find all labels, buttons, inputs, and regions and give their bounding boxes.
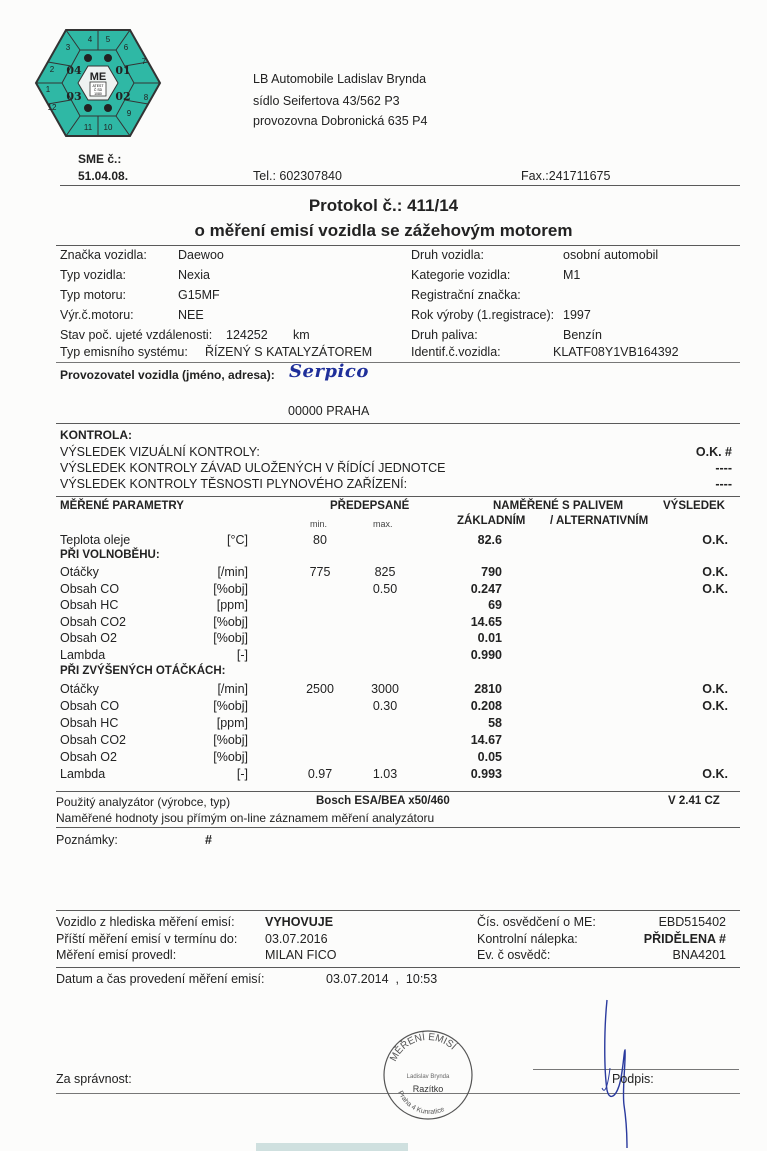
measurement-result: O.K. bbox=[660, 533, 728, 547]
tel: Tel.: 602307840 bbox=[253, 169, 342, 183]
svg-text:5: 5 bbox=[106, 35, 111, 44]
summary-label: Kontrolní nálepka: bbox=[477, 932, 578, 946]
header-params: MĚŘENÉ PARAMETRY bbox=[60, 500, 184, 512]
vin-value: KLATF08Y1VB164392 bbox=[553, 345, 679, 359]
measurement-unit: [-] bbox=[180, 767, 248, 781]
measurement-value: 0.05 bbox=[440, 750, 502, 764]
measurement-min: 2500 bbox=[290, 682, 350, 696]
section-idle-title: PŘI VOLNOBĚHU: bbox=[60, 549, 160, 561]
vehicle-field-label: Kategorie vozidla: bbox=[411, 268, 510, 282]
svg-text:ME: ME bbox=[90, 71, 107, 83]
analyzer-version: V 2.41 CZ bbox=[668, 795, 720, 807]
svg-text:9: 9 bbox=[127, 109, 132, 118]
vehicle-field-label: Rok výroby (1.registrace): bbox=[411, 308, 554, 322]
page-edge-decoration bbox=[256, 1143, 408, 1151]
measurement-value: 69 bbox=[440, 598, 502, 612]
measurement-result: O.K. bbox=[660, 682, 728, 696]
header-min: min. bbox=[310, 519, 327, 529]
kontrola-item-label: VÝSLEDEK KONTROLY ZÁVAD ULOŽENÝCH V ŘÍDÍ… bbox=[60, 461, 446, 475]
header-prescribed: PŘEDEPSANÉ bbox=[330, 500, 409, 512]
analyzer-note: Naměřené hodnoty jsou přímým on-line záz… bbox=[56, 811, 434, 825]
datetime-label: Datum a čas provedení měření emisí: bbox=[56, 972, 264, 986]
measurement-value: 0.208 bbox=[440, 699, 502, 713]
measurement-name: Obsah CO2 bbox=[60, 615, 126, 629]
svg-text:01: 01 bbox=[115, 64, 130, 77]
measurement-min: 775 bbox=[290, 565, 350, 579]
summary-label: Čís. osvědčení o ME: bbox=[477, 915, 596, 929]
kontrola-item-result: O.K. # bbox=[640, 445, 732, 459]
header-measured: NAMĚŘENÉ S PALIVEM bbox=[493, 500, 623, 512]
vehicle-field-value: Benzín bbox=[563, 328, 602, 342]
measurement-name: Obsah O2 bbox=[60, 750, 117, 764]
svg-text:4: 4 bbox=[88, 35, 93, 44]
emission-system-label: Typ emisního systému: bbox=[60, 345, 188, 359]
measurement-max: 0.50 bbox=[355, 582, 415, 596]
vehicle-field-value: Nexia bbox=[178, 268, 210, 282]
operator-city: 00000 PRAHA bbox=[288, 404, 369, 418]
vehicle-field-label: Typ vozidla: bbox=[60, 268, 126, 282]
operator-name: Serpico bbox=[289, 361, 369, 382]
vehicle-field-value: osobní automobil bbox=[563, 248, 658, 262]
summary-label: Ev. č osvědč: bbox=[477, 948, 550, 962]
summary-value: EBD515402 bbox=[600, 915, 726, 929]
measurement-name: Teplota oleje bbox=[60, 533, 130, 547]
svg-text:7: 7 bbox=[142, 57, 147, 66]
sme-value: 51.04.08. bbox=[78, 169, 128, 183]
measurement-unit: [%obj] bbox=[180, 733, 248, 747]
measurement-value: 0.990 bbox=[440, 648, 502, 662]
summary-label: Vozidlo z hlediska měření emisí: bbox=[56, 915, 235, 929]
kontrola-item-result: ---- bbox=[640, 477, 732, 491]
measurement-value: 2810 bbox=[440, 682, 502, 696]
vehicle-field-value: M1 bbox=[563, 268, 580, 282]
measurement-unit: [/min] bbox=[180, 682, 248, 696]
measurement-value: 0.01 bbox=[440, 631, 502, 645]
svg-text:12: 12 bbox=[48, 103, 57, 112]
vehicle-field-label: Druh vozidla: bbox=[411, 248, 484, 262]
measurement-unit: [°C] bbox=[180, 533, 248, 547]
measurement-value: 0.247 bbox=[440, 582, 502, 596]
svg-text:04: 04 bbox=[66, 64, 82, 77]
svg-text:11: 11 bbox=[84, 123, 93, 132]
measurement-unit: [%obj] bbox=[180, 631, 248, 645]
vehicle-field-label: Značka vozidla: bbox=[60, 248, 147, 262]
summary-value: PŘIDĚLENA # bbox=[600, 932, 726, 946]
measurement-name: Obsah CO bbox=[60, 582, 119, 596]
vehicle-field-label: Druh paliva: bbox=[411, 328, 478, 342]
measurement-unit: [ppm] bbox=[180, 598, 248, 612]
measurement-unit: [/min] bbox=[180, 565, 248, 579]
vehicle-field-label: Výr.č.motoru: bbox=[60, 308, 134, 322]
measurement-name: Lambda bbox=[60, 648, 105, 662]
measurement-value: 14.67 bbox=[440, 733, 502, 747]
notes-value: # bbox=[205, 833, 212, 847]
kontrola-title: KONTROLA: bbox=[60, 428, 132, 442]
measurement-value: 0.993 bbox=[440, 767, 502, 781]
company-seat: sídlo Seifertova 43/562 P3 bbox=[253, 94, 400, 108]
datetime-value: 03.07.2014 , 10:53 bbox=[326, 972, 437, 986]
measurement-name: Otáčky bbox=[60, 682, 99, 696]
svg-text:02: 02 bbox=[115, 90, 130, 103]
stamp-razitko: MĚŘENÍ EMISÍ Ladislav Brynda Razítko Pra… bbox=[381, 1028, 475, 1122]
measurement-value: 58 bbox=[440, 716, 502, 730]
kontrola-item-label: VÝSLEDEK KONTROLY TĚSNOSTI PLYNOVÉHO ZAŘ… bbox=[60, 477, 407, 491]
measurement-unit: [%obj] bbox=[180, 750, 248, 764]
vehicle-field-value: 1997 bbox=[563, 308, 591, 322]
measurement-unit: [%obj] bbox=[180, 699, 248, 713]
vehicle-field-value: Daewoo bbox=[178, 248, 224, 262]
company-name: LB Automobile Ladislav Brynda bbox=[253, 72, 426, 86]
me-station-logo: ME ATEST Č SD 1080 45 67 89 1011 121 23 … bbox=[34, 28, 162, 138]
summary-value: MILAN FICO bbox=[265, 948, 337, 962]
summary-label: Měření emisí provedl: bbox=[56, 948, 176, 962]
svg-text:6: 6 bbox=[124, 43, 129, 52]
measurement-max: 825 bbox=[355, 565, 415, 579]
fax: Fax.:241711675 bbox=[521, 169, 610, 183]
measurement-max: 3000 bbox=[355, 682, 415, 696]
analyzer-value: Bosch ESA/BEA x50/460 bbox=[316, 795, 450, 807]
svg-text:10: 10 bbox=[104, 123, 113, 132]
measurement-result: O.K. bbox=[660, 767, 728, 781]
header-basic-fuel: ZÁKLADNÍM bbox=[457, 515, 525, 527]
measurement-max: 0.30 bbox=[355, 699, 415, 713]
measurement-min: 80 bbox=[290, 533, 350, 547]
signature-handwritten bbox=[580, 990, 670, 1150]
measurement-unit: [%obj] bbox=[180, 615, 248, 629]
kontrola-item-label: VÝSLEDEK VIZUÁLNÍ KONTROLY: bbox=[60, 445, 260, 459]
svg-text:Ladislav Brynda: Ladislav Brynda bbox=[407, 1074, 450, 1080]
svg-text:1080: 1080 bbox=[94, 92, 102, 96]
measurement-max: 1.03 bbox=[355, 767, 415, 781]
company-branch: provozovna Dobronická 635 P4 bbox=[253, 114, 427, 128]
analyzer-label: Použitý analyzátor (výrobce, typ) bbox=[56, 795, 230, 809]
svg-text:3: 3 bbox=[66, 43, 71, 52]
measurement-result: O.K. bbox=[660, 582, 728, 596]
vehicle-field-label: Registrační značka: bbox=[411, 288, 521, 302]
vehicle-field-label: Typ motoru: bbox=[60, 288, 126, 302]
protocol-number: Protokol č.: 411/14 bbox=[0, 196, 767, 216]
summary-value: VYHOVUJE bbox=[265, 915, 333, 929]
svg-text:1: 1 bbox=[46, 85, 51, 94]
measurement-name: Obsah O2 bbox=[60, 631, 117, 645]
notes-label: Poznámky: bbox=[56, 833, 118, 847]
kontrola-item-result: ---- bbox=[640, 461, 732, 475]
correctness-label: Za správnost: bbox=[56, 1072, 132, 1086]
header-result: VÝSLEDEK bbox=[663, 500, 725, 512]
vehicle-field-value: G15MF bbox=[178, 288, 220, 302]
mileage-unit: km bbox=[293, 328, 310, 342]
sme-label: SME č.: bbox=[78, 152, 121, 166]
section-high-rpm-title: PŘI ZVÝŠENÝCH OTÁČKÁCH: bbox=[60, 665, 225, 677]
measurement-name: Lambda bbox=[60, 767, 105, 781]
measurement-name: Obsah HC bbox=[60, 716, 118, 730]
svg-text:2: 2 bbox=[50, 65, 55, 74]
summary-value: BNA4201 bbox=[600, 948, 726, 962]
summary-label: Příští měření emisí v termínu do: bbox=[56, 932, 237, 946]
page-title: o měření emisí vozidla se zážehovým moto… bbox=[0, 221, 767, 241]
summary-value: 03.07.2016 bbox=[265, 932, 328, 946]
measurement-unit: [ppm] bbox=[180, 716, 248, 730]
vehicle-field-value: NEE bbox=[178, 308, 204, 322]
measurement-value: 82.6 bbox=[440, 533, 502, 547]
svg-text:8: 8 bbox=[144, 93, 149, 102]
svg-text:Razítko: Razítko bbox=[413, 1084, 444, 1094]
svg-text:MĚŘENÍ EMISÍ: MĚŘENÍ EMISÍ bbox=[388, 1030, 459, 1063]
measurement-result: O.K. bbox=[660, 699, 728, 713]
measurement-name: Obsah CO2 bbox=[60, 733, 126, 747]
measurement-min: 0.97 bbox=[290, 767, 350, 781]
measurement-value: 14.65 bbox=[440, 615, 502, 629]
vin-label: Identif.č.vozidla: bbox=[411, 345, 501, 359]
signature-label: Podpis: bbox=[612, 1072, 654, 1086]
measurement-unit: [-] bbox=[180, 648, 248, 662]
svg-text:03: 03 bbox=[66, 90, 81, 103]
measurement-value: 790 bbox=[440, 565, 502, 579]
measurement-name: Otáčky bbox=[60, 565, 99, 579]
measurement-result: O.K. bbox=[660, 565, 728, 579]
mileage-value: 124252 bbox=[226, 328, 268, 342]
emission-system-value: ŘÍZENÝ S KATALYZÁTOREM bbox=[205, 345, 372, 359]
measurement-unit: [%obj] bbox=[180, 582, 248, 596]
header-alt-fuel: / ALTERNATIVNÍM bbox=[550, 515, 648, 527]
header-max: max. bbox=[373, 519, 393, 529]
measurement-name: Obsah HC bbox=[60, 598, 118, 612]
mileage-label: Stav poč. ujeté vzdálenosti: bbox=[60, 328, 212, 342]
measurement-name: Obsah CO bbox=[60, 699, 119, 713]
operator-label: Provozovatel vozidla (jméno, adresa): bbox=[60, 368, 275, 382]
